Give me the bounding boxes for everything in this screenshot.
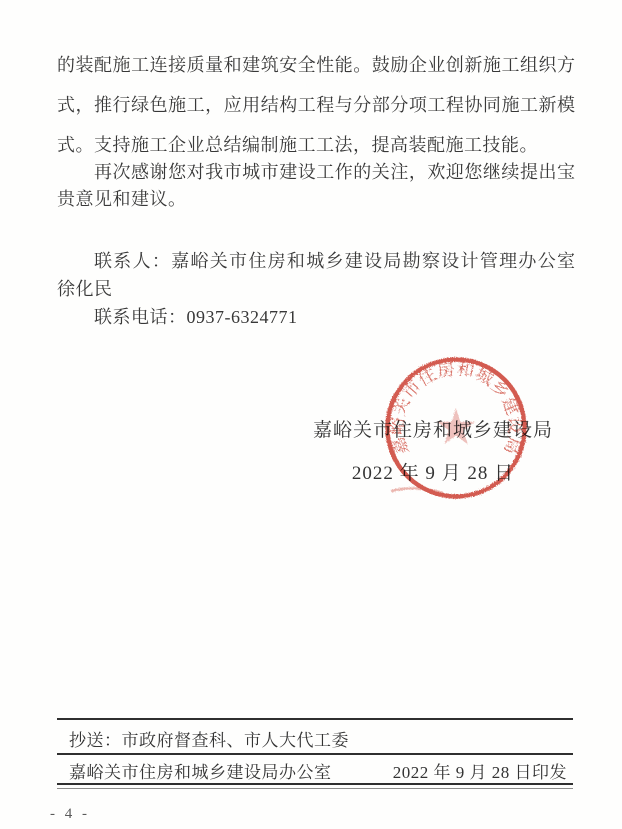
footer-print-date: 2022 年 9 月 28 日印发 <box>393 758 567 783</box>
page-number: - 4 - <box>50 806 90 823</box>
footer-cc-text: 抄送：市政府督查科、市人大代工委 <box>69 731 349 750</box>
body-text-line: 式。支持施工企业总结编制施工工法，提高装配施工技能。 <box>57 132 575 158</box>
body-text-line: 式，推行绿色施工，应用结构工程与分部分项工程协同施工新模 <box>57 92 575 118</box>
contact-person-name: 徐化民 <box>57 276 575 302</box>
footer-issue-row: 嘉峪关市住房和城乡建设局办公室 2022 年 9 月 28 日印发 <box>57 758 573 783</box>
footer-issuing-office: 嘉峪关市住房和城乡建设局办公室 <box>69 758 332 783</box>
contact-person-line: 联系人：嘉峪关市住房和城乡建设局勘察设计管理办公室 <box>57 248 575 274</box>
footer-bottom-rule <box>57 783 573 785</box>
body-text-line: 的装配施工连接质量和建筑安全性能。鼓励企业创新施工组织方 <box>57 52 575 78</box>
footer-middle-rule <box>57 753 573 755</box>
signature-organization: 嘉峪关市住房和城乡建设局 <box>313 415 553 442</box>
scanned-official-document-page: 的装配施工连接质量和建筑安全性能。鼓励企业创新施工组织方 式，推行绿色施工，应用… <box>0 0 622 829</box>
footer-cc-row: 抄送：市政府督查科、市人大代工委 <box>57 726 573 751</box>
contact-phone-line: 联系电话：0937-6324771 <box>57 304 575 330</box>
footer-top-rule <box>57 718 573 720</box>
seal-ink-smudge <box>391 488 443 493</box>
body-text-line: 再次感谢您对我市城市建设工作的关注，欢迎您继续提出宝 <box>57 159 575 185</box>
signature-block: 嘉峪关市住房和城乡建设局 2022 年 9 月 28 日 <box>313 415 553 485</box>
body-text-line: 贵意见和建议。 <box>57 186 575 212</box>
footer-bottom-rule-shadow <box>57 788 573 789</box>
signature-date: 2022 年 9 月 28 日 <box>313 458 553 485</box>
